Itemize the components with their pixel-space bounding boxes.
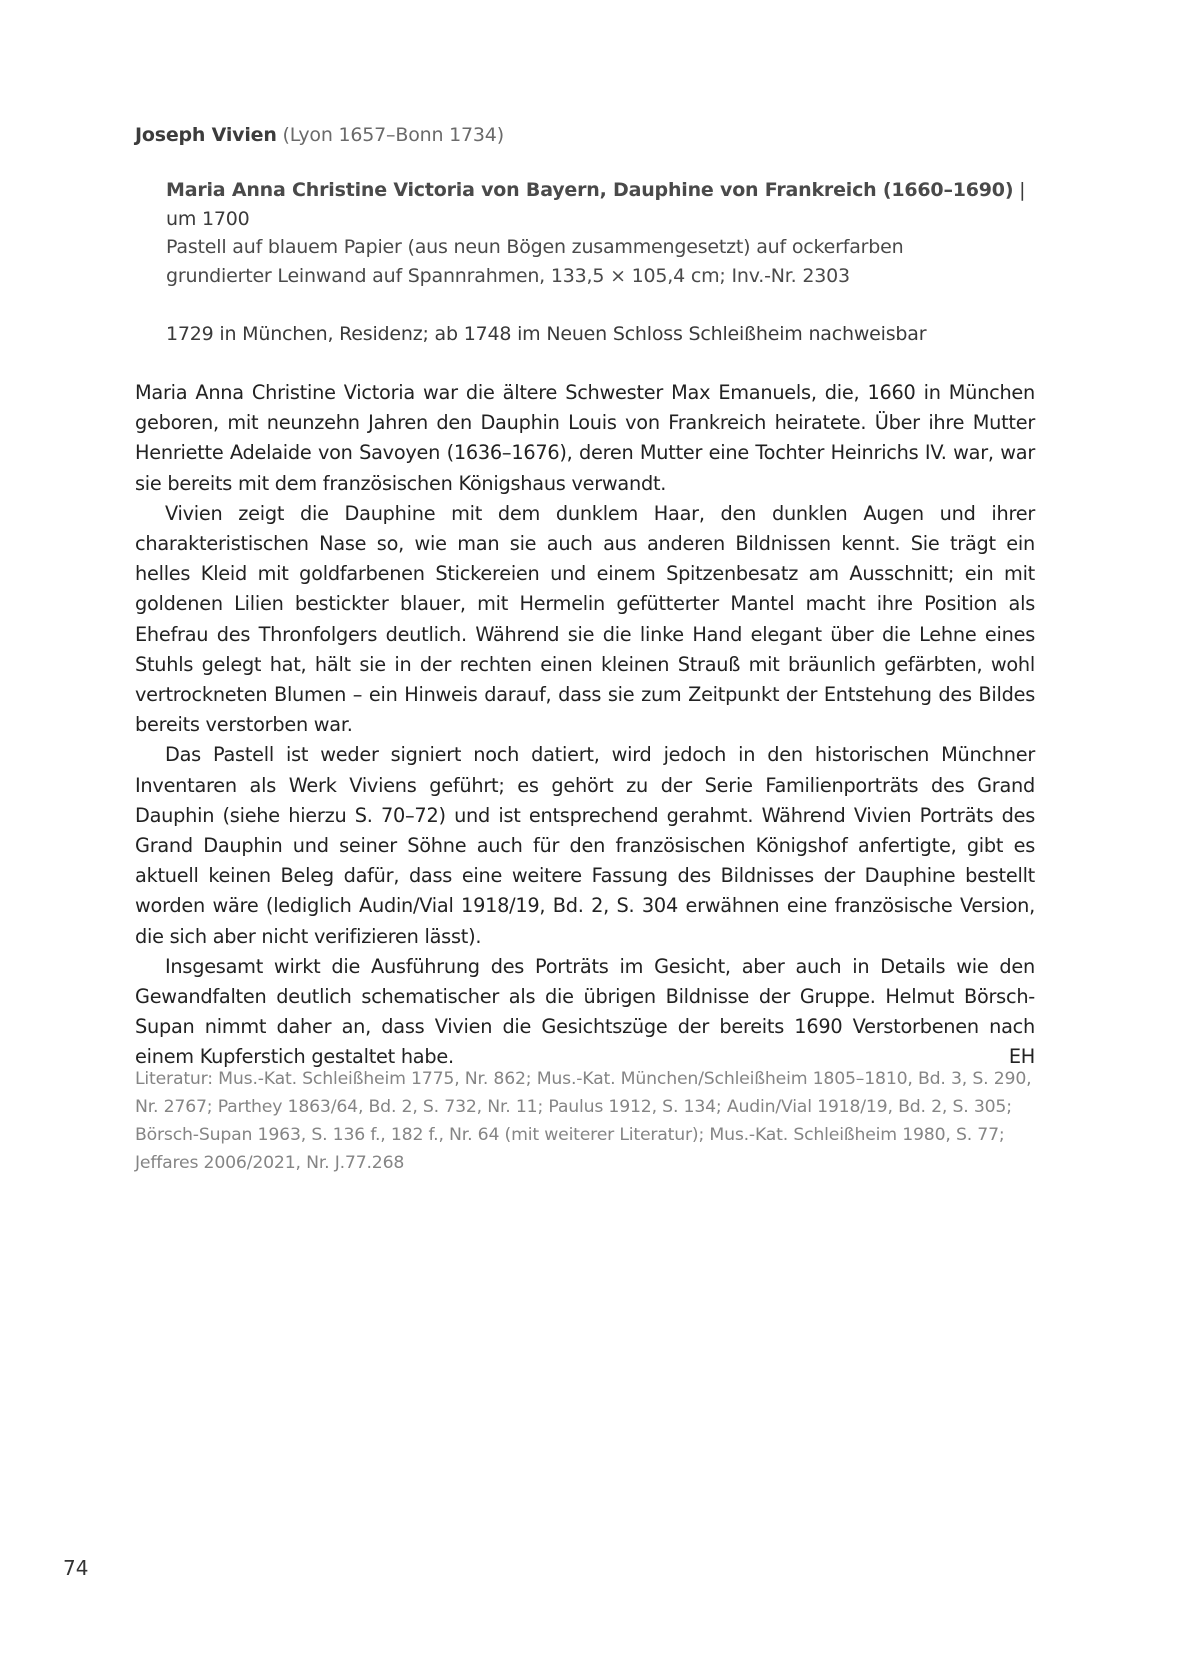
essay-paragraph-2: Vivien zeigt die Dauphine mit dem dunkle…	[135, 499, 1035, 741]
artist-life-dates: (Lyon 1657–Bonn 1734)	[283, 124, 504, 146]
literature-references: Literatur: Mus.-Kat. Schleißheim 1775, N…	[135, 1065, 1035, 1177]
title-separator: |	[1013, 179, 1025, 201]
artwork-title: Maria Anna Christine Victoria von Bayern…	[166, 179, 1013, 201]
artist-heading: Joseph Vivien (Lyon 1657–Bonn 1734)	[135, 124, 504, 146]
essay-text: Maria Anna Christine Victoria war die äl…	[135, 378, 1035, 1073]
catalogue-entry: Maria Anna Christine Victoria von Bayern…	[166, 176, 1036, 349]
essay-paragraph-4-text: Insgesamt wirkt die Ausführung des Portr…	[135, 955, 1035, 1069]
catalogue-page: Joseph Vivien (Lyon 1657–Bonn 1734) Mari…	[0, 0, 1182, 1654]
entry-title-line: Maria Anna Christine Victoria von Bayern…	[166, 176, 1036, 205]
page-number: 74	[63, 1556, 88, 1580]
essay-paragraph-1: Maria Anna Christine Victoria war die äl…	[135, 378, 1035, 499]
artwork-medium-line-2: grundierter Leinwand auf Spannrahmen, 13…	[166, 262, 1036, 291]
artist-name: Joseph Vivien	[135, 124, 277, 146]
essay-paragraph-4: Insgesamt wirkt die Ausführung des Portr…	[135, 952, 1035, 1073]
artwork-date: um 1700	[166, 205, 1036, 234]
essay-paragraph-3: Das Pastell ist weder signiert noch dati…	[135, 740, 1035, 951]
artwork-medium-line-1: Pastell auf blauem Papier (aus neun Böge…	[166, 233, 1036, 262]
artwork-provenance: 1729 in München, Residenz; ab 1748 im Ne…	[166, 320, 1036, 349]
